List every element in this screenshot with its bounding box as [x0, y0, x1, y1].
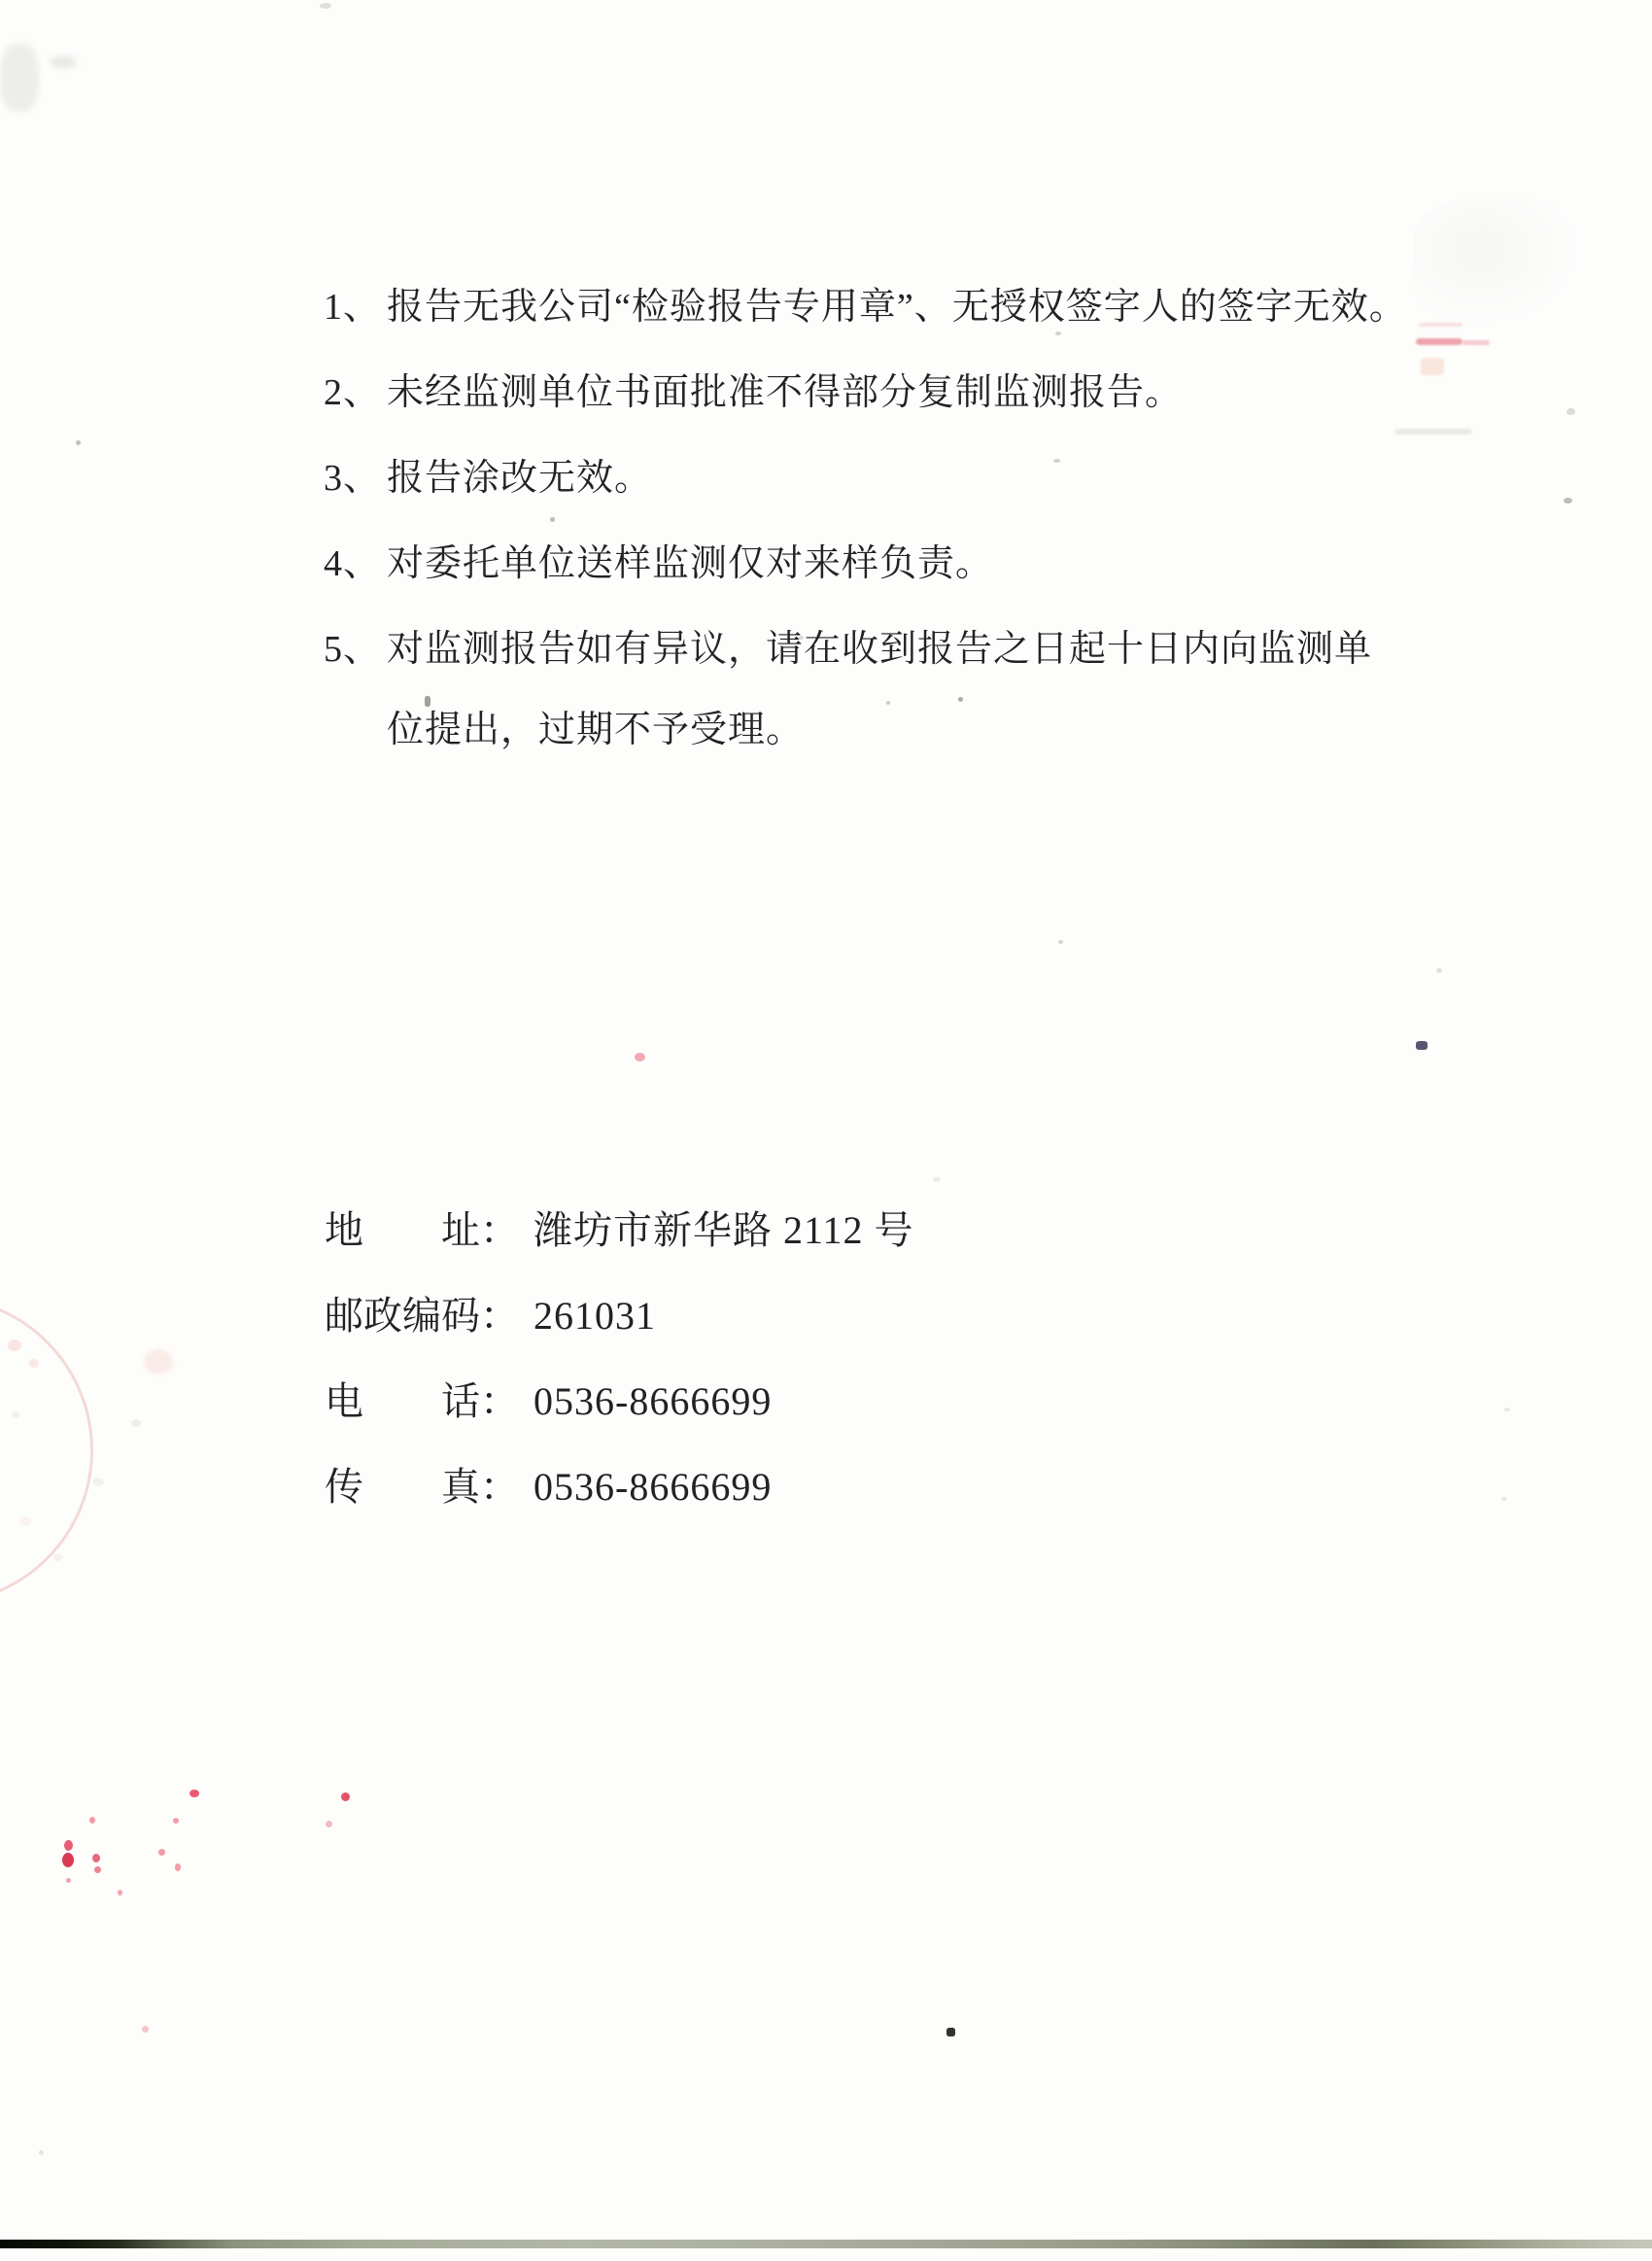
- disclaimer-notes-list: 1、 报告无我公司“检验报告专用章”、无授权签字人的签字无效。 2、 未经监测单…: [324, 267, 1441, 776]
- stamp-speckle: [29, 1359, 39, 1368]
- note-text: 未经监测单位书面批准不得部分复制监测报告。: [387, 353, 1441, 434]
- scan-speck: [946, 2028, 955, 2036]
- contact-value: 0536-8666699: [533, 1444, 1199, 1530]
- contact-row-postcode: 邮政编码： 261031: [325, 1273, 1199, 1359]
- stamp-speckle: [131, 1419, 141, 1427]
- scan-speck: [1566, 408, 1575, 415]
- red-ink-speck: [326, 1821, 332, 1827]
- scan-speck: [1501, 1497, 1507, 1501]
- stamp-remnant-streak: [1416, 338, 1463, 345]
- stamp-speckle: [12, 1411, 19, 1418]
- scan-speck: [799, 636, 804, 640]
- contact-label: 地 址：: [325, 1188, 533, 1273]
- scan-speck: [550, 517, 555, 522]
- red-ink-speck: [94, 1866, 101, 1873]
- stamp-remnant-streak: [1463, 340, 1490, 345]
- stamp-speckle: [92, 1478, 104, 1486]
- scan-speck: [1436, 968, 1442, 973]
- scan-speck: [958, 697, 963, 702]
- stamp-speckle: [53, 1553, 62, 1561]
- red-ink-speck: [175, 1863, 181, 1871]
- red-ink-speck: [173, 1818, 179, 1824]
- red-ink-speck: [341, 1792, 350, 1801]
- note-text: 报告无我公司“检验报告专用章”、无授权签字人的签字无效。: [387, 267, 1441, 348]
- red-ink-speck: [64, 1840, 73, 1851]
- scan-speck: [1053, 459, 1060, 463]
- scan-smudge: [0, 44, 39, 112]
- note-item-4: 4、 对委托单位送样监测仅对来样负责。: [324, 524, 1441, 605]
- note-number: 3、: [324, 438, 387, 519]
- note-number: 5、: [324, 609, 387, 690]
- scan-speck: [1504, 1408, 1510, 1411]
- contact-value: 0536-8666699: [533, 1359, 1199, 1444]
- contact-label: 电 话：: [325, 1359, 533, 1444]
- scanner-edge-line: [0, 2240, 1652, 2248]
- contact-row-address: 地 址： 潍坊市新华路 2112 号: [325, 1188, 1199, 1273]
- red-ink-speck: [66, 1878, 71, 1883]
- scan-speck: [39, 2150, 44, 2155]
- note-item-2: 2、 未经监测单位书面批准不得部分复制监测报告。: [324, 353, 1441, 434]
- stamp-remnant-streak: [1421, 358, 1444, 375]
- note-item-3: 3、 报告涂改无效。: [324, 438, 1441, 519]
- scanned-document-page: 1、 报告无我公司“检验报告专用章”、无授权签字人的签字无效。 2、 未经监测单…: [0, 0, 1652, 2261]
- contact-value: 潍坊市新华路 2112 号: [533, 1188, 1199, 1273]
- red-ink-speck: [189, 1790, 199, 1797]
- stamp-remnant-streak: [1419, 323, 1463, 327]
- red-ink-speck: [89, 1817, 95, 1824]
- scan-speck: [933, 1177, 941, 1182]
- scan-speck: [425, 696, 430, 707]
- scan-speck: [1055, 331, 1061, 335]
- stamp-speckle: [8, 1339, 21, 1351]
- scan-smudge: [51, 56, 76, 68]
- red-ink-speck: [158, 1849, 165, 1856]
- note-text: 对委托单位送样监测仅对来样负责。: [387, 524, 1441, 605]
- contact-info-block: 地 址： 潍坊市新华路 2112 号 邮政编码： 261031 电 话： 053…: [325, 1188, 1199, 1530]
- scan-speck: [1058, 940, 1063, 944]
- contact-row-phone: 电 话： 0536-8666699: [325, 1359, 1199, 1444]
- scan-speck: [320, 3, 331, 9]
- note-item-1: 1、 报告无我公司“检验报告专用章”、无授权签字人的签字无效。: [324, 267, 1441, 348]
- stamp-remnant-streak: [1394, 429, 1472, 435]
- contact-label: 传 真：: [325, 1444, 533, 1530]
- contact-label: 邮政编码：: [325, 1273, 533, 1359]
- red-ink-speck: [92, 1854, 100, 1862]
- scan-speck: [1416, 1041, 1428, 1050]
- note-number: 1、: [324, 267, 387, 348]
- stamp-speckle: [19, 1516, 31, 1526]
- red-ink-speck: [118, 1890, 122, 1896]
- stamp-speckle: [144, 1349, 173, 1374]
- red-ink-speck: [62, 1853, 74, 1867]
- note-text: 对监测报告如有异议，请在收到报告之日起十日内向监测单 位提出，过期不予受理。: [387, 609, 1441, 771]
- note-number: 2、: [324, 353, 387, 434]
- scan-speck: [76, 440, 81, 445]
- note-number: 4、: [324, 524, 387, 605]
- note-item-5: 5、 对监测报告如有异议，请在收到报告之日起十日内向监测单 位提出，过期不予受理…: [324, 609, 1441, 771]
- faint-watermark: [1414, 199, 1579, 326]
- contact-value: 261031: [533, 1273, 1199, 1359]
- scan-speck: [1564, 498, 1572, 504]
- red-ink-speck: [635, 1053, 645, 1061]
- scan-speck: [886, 701, 890, 705]
- red-ink-speck: [142, 2026, 149, 2033]
- note-text: 报告涂改无效。: [387, 438, 1441, 519]
- contact-row-fax: 传 真： 0536-8666699: [325, 1444, 1199, 1530]
